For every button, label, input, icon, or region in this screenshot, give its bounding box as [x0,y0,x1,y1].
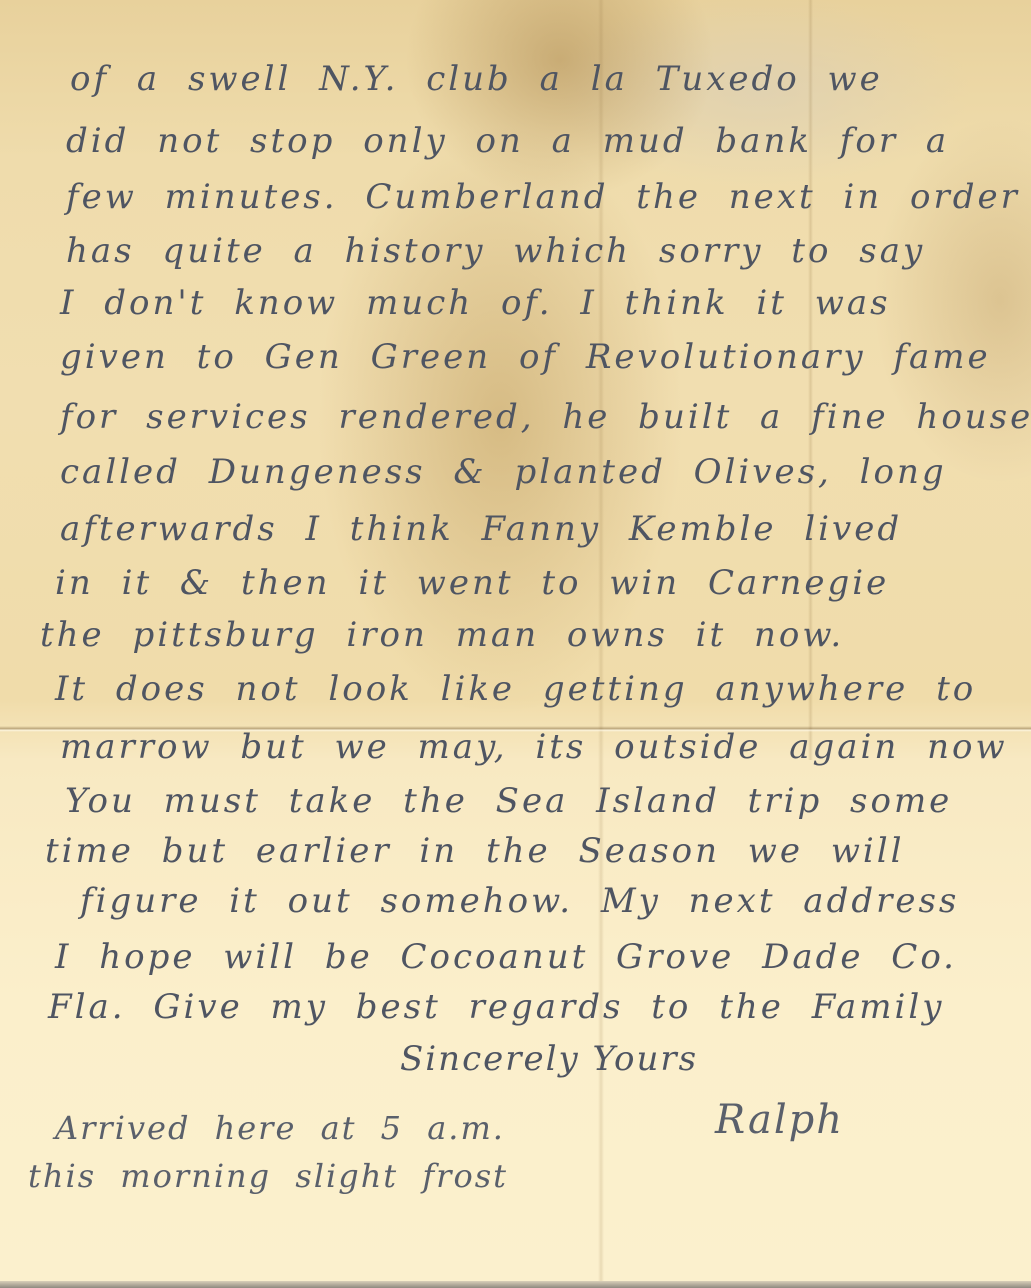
handwritten-letter: of a swell N.Y. club a la Tuxedo we did … [0,0,1031,1288]
letter-line-8: called Dungeness & planted Olives, long [60,455,947,489]
postscript-line-2: this morning slight frost [28,1160,508,1192]
postscript-line-1: Arrived here at 5 a.m. [55,1112,505,1144]
letter-line-18: Fla. Give my best regards to the Family [48,990,944,1024]
letter-line-6: given to Gen Green of Revolutionary fame [60,340,991,374]
signature: Ralph [715,1100,844,1140]
letter-line-9: afterwards I think Fanny Kemble lived [60,512,902,546]
letter-line-11: the pittsburg iron man owns it now. [40,618,844,652]
letter-line-13: marrow but we may, its outside again now [60,730,1008,764]
letter-line-3: few minutes. Cumberland the next in orde… [66,180,1020,214]
letter-page: of a swell N.Y. club a la Tuxedo we did … [0,0,1031,1288]
letter-line-17: I hope will be Cocoanut Grove Dade Co. [55,940,957,974]
closing-salutation: Sincerely Yours [400,1042,698,1076]
letter-line-2: did not stop only on a mud bank for a [66,124,949,158]
letter-line-7: for services rendered, he built a fine h… [60,400,1031,434]
letter-line-1: of a swell N.Y. club a la Tuxedo we [70,62,883,96]
letter-line-4: has quite a history which sorry to say [66,234,925,268]
letter-line-10: in it & then it went to win Carnegie [55,566,889,600]
letter-line-15: time but earlier in the Season we will [45,834,905,868]
letter-line-16: figure it out somehow. My next address [80,884,959,918]
letter-line-12: It does not look like getting anywhere t… [55,672,976,706]
letter-line-5: I don't know much of. I think it was [60,286,891,320]
letter-line-14: You must take the Sea Island trip some [65,784,952,818]
